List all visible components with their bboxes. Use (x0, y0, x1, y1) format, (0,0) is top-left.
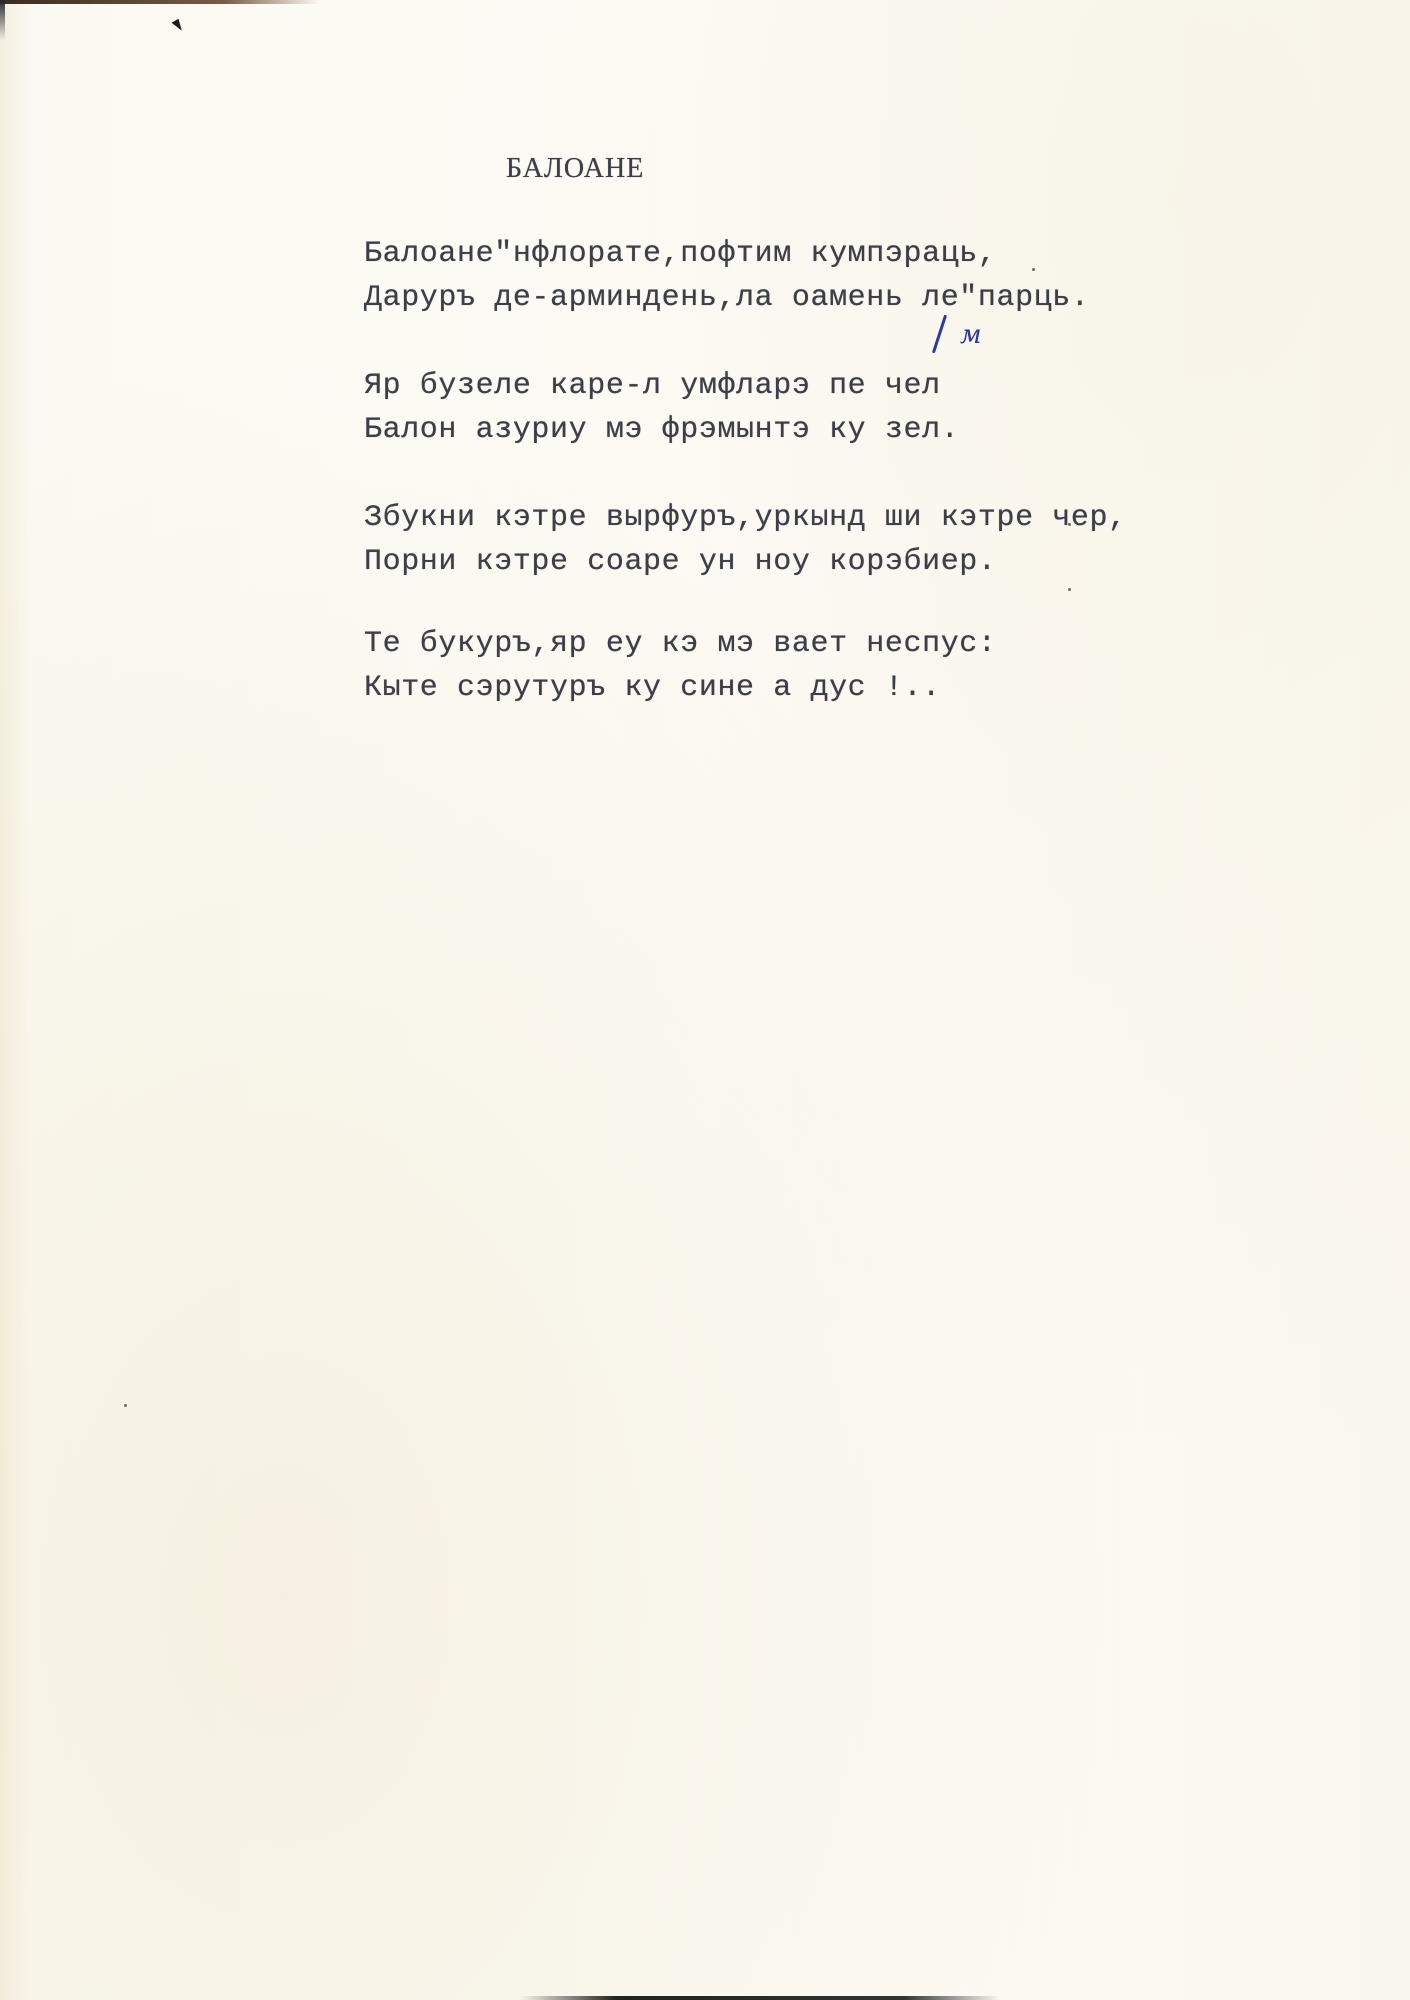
ink-speck (1068, 588, 1071, 591)
poem-line: Збукни кэтре вырфуръ,уркынд ши кэтре чер… (364, 496, 1127, 540)
poem-line: Яр бузеле каре-л умфларэ пе чел (364, 364, 959, 408)
poem-line: Те букуръ,яр еу кэ мэ вает неспус: (364, 622, 997, 666)
page-edge-top (0, 0, 320, 4)
handwritten-correction: м (930, 310, 1000, 360)
poem-line: Порни кэтре соаре ун ноу корэбиер. (364, 540, 1127, 584)
stanza-3: Збукни кэтре вырфуръ,уркынд ши кэтре чер… (364, 496, 1127, 584)
correction-stroke (932, 315, 947, 354)
page-edge-bottom (520, 1996, 1000, 2000)
poem-line: Балоане"нфлорате,пофтим кумпэраць, (364, 232, 1090, 276)
poem-line: Балон азуриу мэ фрэмынтэ ку зел. (364, 408, 959, 452)
poem-title: БАЛОАНЕ (506, 153, 644, 185)
correction-letter: м (960, 320, 982, 350)
ink-mark (172, 19, 185, 33)
ink-speck (124, 1404, 127, 1407)
typewritten-page: БАЛОАНЕ Балоане"нфлорате,пофтим кумпэрац… (0, 0, 1410, 2000)
poem-line: Кыте сэрутуръ ку сине а дус !.. (364, 666, 997, 710)
stanza-1: Балоане"нфлорате,пофтим кумпэраць, Дарур… (364, 232, 1090, 320)
stanza-4: Те букуръ,яр еу кэ мэ вает неспус: Кыте … (364, 622, 997, 710)
page-edge-left (0, 0, 5, 40)
stanza-2: Яр бузеле каре-л умфларэ пе чел Балон аз… (364, 364, 959, 452)
